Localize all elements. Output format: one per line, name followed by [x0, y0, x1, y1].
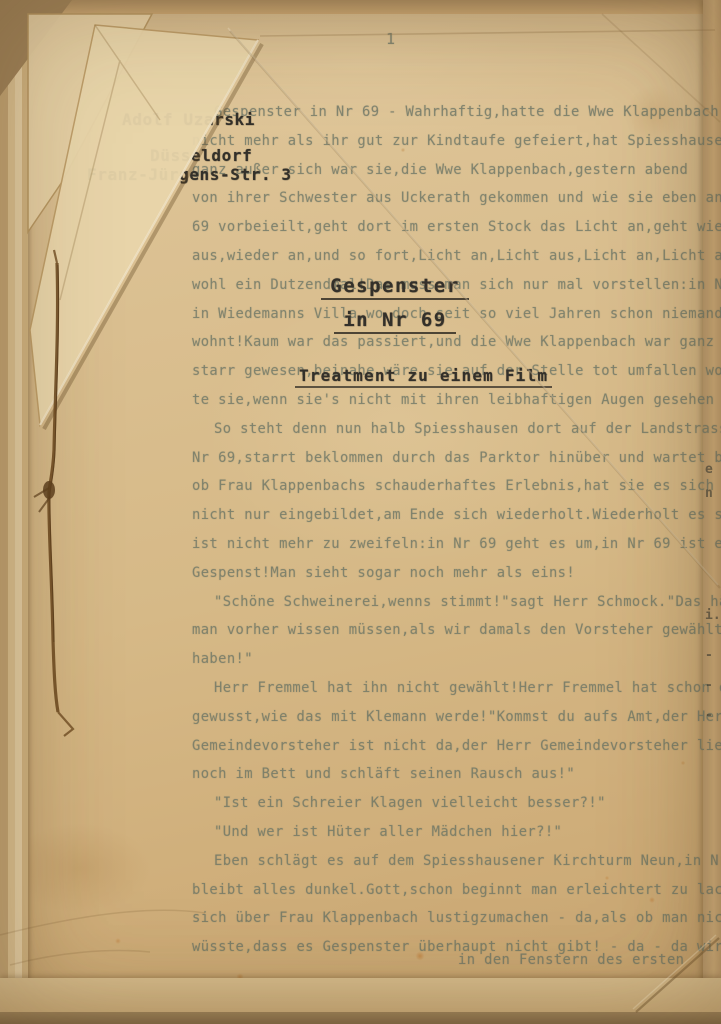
- carbon-line: So steht denn nun halb Spiesshausen dort…: [192, 415, 712, 444]
- carbon-line: Nr 69,starrt beklommen durch das Parktor…: [192, 444, 712, 473]
- carbon-line: ist nicht mehr zu zweifeln:in Nr 69 geht…: [192, 530, 712, 559]
- carbon-line: Eben schlägt es auf dem Spiesshausener K…: [192, 847, 712, 876]
- carbon-trailing-line: in den Fenstern des ersten: [458, 952, 684, 968]
- sender-street: Franz-Jürgens-Str. 3: [87, 165, 292, 184]
- carbon-line: bleibt alles dunkel.Gott,schon beginnt m…: [192, 876, 712, 905]
- edge-fragment: i.: [705, 608, 721, 623]
- sender-city: Düsseldorf: [150, 146, 292, 165]
- page-number: 1: [386, 30, 395, 48]
- carbon-line: man vorher wissen müssen,als wir damals …: [192, 616, 712, 645]
- carbon-line: haben!": [192, 645, 712, 674]
- carbon-line: von ihrer Schwester aus Uckerath gekomme…: [192, 184, 712, 213]
- carbon-line: Herr Fremmel hat ihn nicht gewählt!Herr …: [192, 674, 712, 703]
- carbon-line: "Schöne Schweinerei,wenns stimmt!"sagt H…: [192, 588, 712, 617]
- title-line-1: Gespenster: [321, 275, 468, 300]
- carbon-line: sich über Frau Klappenbach lustigzumache…: [192, 904, 712, 933]
- carbon-line: "Und wer ist Hüter aller Mädchen hier?!": [192, 818, 712, 847]
- edge-fragment: -: [705, 678, 713, 693]
- carbon-line: aus,wieder an,und so fort,Licht an,Licht…: [192, 242, 712, 271]
- carbon-line: 69 vorbeieilt,geht dort im ersten Stock …: [192, 213, 712, 242]
- scanned-manuscript-page: Gespenster in Nr 69 - Wahrhaftig,hatte d…: [0, 0, 721, 1024]
- edge-fragment: -: [705, 648, 713, 663]
- sender-name: Adolf Uzarski: [122, 110, 292, 129]
- edge-fragment: n: [705, 486, 713, 501]
- document-subtitle: Treatment zu einem Film: [295, 366, 552, 388]
- carbon-line: noch im Bett und schläft seinen Rausch a…: [192, 760, 712, 789]
- document-title: Gespenster in Nr 69: [300, 275, 490, 334]
- carbon-line: gewusst,wie das mit Klemann werde!"Komms…: [192, 703, 712, 732]
- carbon-line: te sie,wenn sie's nicht mit ihren leibha…: [192, 386, 712, 415]
- edge-fragments: eni.---: [702, 0, 721, 1024]
- carbon-line: Gemeindevorsteher ist nicht da,der Herr …: [192, 732, 712, 761]
- carbon-line: "Ist ein Schreier Klagen vielleicht bess…: [192, 789, 712, 818]
- sender-address-block: Adolf Uzarski Düsseldorf Franz-Jürgens-S…: [87, 110, 292, 184]
- carbon-line: nicht nur eingebildet,am Ende sich wiede…: [192, 501, 712, 530]
- carbon-text: Gespenster in Nr 69 - Wahrhaftig,hatte d…: [192, 98, 712, 962]
- carbon-line: ob Frau Klappenbachs schauderhaftes Erle…: [192, 472, 712, 501]
- edge-fragment: -: [705, 708, 713, 723]
- carbon-line: Gespenst!Man sieht sogar noch mehr als e…: [192, 559, 712, 588]
- edge-fragment: e: [705, 462, 713, 477]
- title-line-2: in Nr 69: [334, 309, 456, 334]
